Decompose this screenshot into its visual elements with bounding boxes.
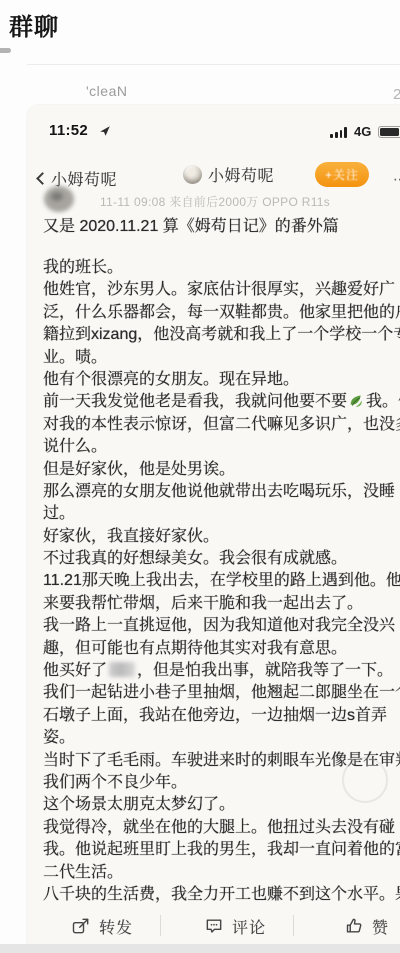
post-text-line: 籍拉到xizang，他没高考就和我上了一个学校一个专 xyxy=(43,324,400,346)
post-text-line: 好家伙，我直接好家伙。 xyxy=(43,526,400,548)
post-text-line: 说什么。 xyxy=(43,436,400,458)
post-text-line: 不过我真的好想绿美女。我会很有成就感。 xyxy=(43,548,400,570)
comment-button[interactable]: 评论 xyxy=(204,913,266,939)
more-menu-icon[interactable]: ⋯ xyxy=(393,171,400,188)
post-text-line: 但是好家伙，他是处男诶。 xyxy=(43,459,400,481)
post-meta: 11-11 09:08 来自前后2000万 OPPO R11s xyxy=(100,193,330,210)
post-text-line: 我们一起钻进小巷子里抽烟，他翘起二郎腿坐在一个 xyxy=(43,682,400,704)
leaf-emoji xyxy=(348,393,365,408)
follow-button[interactable]: +关注 xyxy=(315,162,369,187)
post-text-line: 我的班长。 xyxy=(43,257,400,279)
censored-blur xyxy=(109,662,135,677)
thumbs-up-icon xyxy=(344,916,364,936)
post-title: 又是 2020.11.21 算《姆苟日记》的番外篇 xyxy=(43,213,339,236)
post-text-line: 二代生活。 xyxy=(43,862,400,884)
profile-name: 小姆苟呢 xyxy=(208,163,274,186)
post-text-line: 业。啧。 xyxy=(43,347,400,369)
post-text-line: 过。 xyxy=(43,503,400,525)
toolbar-divider xyxy=(160,915,161,936)
forward-icon xyxy=(71,916,91,936)
toolbar-divider xyxy=(293,915,294,936)
post-text-line: 这个场景太朋克太梦幻了。 xyxy=(43,794,400,816)
post-text-line: 他有个很漂亮的女朋友。现在异地。 xyxy=(43,369,400,391)
signal-bars-icon xyxy=(330,127,348,138)
post-text-line: 泛，什么乐器都会，每一双鞋都贵。他家里把他的户 xyxy=(43,302,400,324)
sender-name: 'cleaN xyxy=(86,83,127,99)
post-text-line: 来要我帮忙带烟，后来干脆和我一起出去了。 xyxy=(43,593,400,615)
post-text-line: 那么漂亮的女朋友他说他就带出去吃喝玩乐，没睡 xyxy=(43,481,400,503)
avatar[interactable] xyxy=(183,165,202,184)
post-text-line: 八千块的生活费，我全力开工也赚不到这个水平。果 xyxy=(43,884,400,906)
post-text-line: 石墩子上面，我站在他旁边，一边抽烟一边s首弄 xyxy=(43,705,400,727)
post-text-line: 他姓官，沙东男人。家底估计很厚实，兴趣爱好广 xyxy=(43,279,400,301)
corner-count: 2 xyxy=(393,86,400,103)
bottom-strip xyxy=(0,944,400,953)
post-body: 我的班长。他姓官，沙东男人。家底估计很厚实，兴趣爱好广泛，什么乐器都会，每一双鞋… xyxy=(43,257,400,906)
post-text-line: 趣，但可能也有点期待他其实对我有意思。 xyxy=(43,638,400,660)
chevron-left-icon xyxy=(36,172,49,185)
post-text-line: 对我的本性表示惊讶，但富二代嘛见多识广，也没多 xyxy=(43,414,400,436)
forward-label: 转发 xyxy=(99,915,133,938)
post-text-line: 我觉得冷，就坐在他的大腿上。他扭过头去没有碰 xyxy=(43,817,400,839)
comment-icon xyxy=(204,916,224,936)
post-avatar[interactable] xyxy=(44,186,74,212)
chat-screen: { "chat": { "title": "群聊", "sender": "'c… xyxy=(0,0,400,953)
profile-header[interactable]: 小姆苟呢 xyxy=(183,163,274,186)
status-time: 11:52 xyxy=(49,122,88,139)
like-button[interactable]: 赞 xyxy=(344,913,389,939)
screenshot-image[interactable]: 11:52 4G 小姆苟呢 小姆苟呢 +关注 ⋯ 11-11 09:08 来自前… xyxy=(27,105,400,944)
battery-icon xyxy=(378,126,400,138)
watermark-circle xyxy=(342,757,388,803)
forward-button[interactable]: 转发 xyxy=(71,913,133,939)
post-text-line: 11.21那天晚上我出去，在学校里的路上遇到他。他本 xyxy=(43,570,400,592)
chat-title: 群聊 xyxy=(9,7,59,42)
edge-artifact xyxy=(0,48,11,53)
post-text-line: 姿。 xyxy=(43,727,400,749)
network-type: 4G xyxy=(354,124,371,139)
post-text-line: 前一天我发觉他老是看我，我就问他要不要我。他 xyxy=(43,391,400,413)
post-text-line: 他买好了，但是怕我出事，就陪我等了一下。 xyxy=(43,660,400,682)
like-label: 赞 xyxy=(372,915,389,938)
comment-label: 评论 xyxy=(232,915,266,938)
post-text-line: 我一路上一直挑逗他，因为我知道他对我完全没兴 xyxy=(43,615,400,637)
follow-label: +关注 xyxy=(325,166,359,183)
divider xyxy=(27,64,400,65)
post-text-line: 我。他说起班里盯上我的男生，我却一直问着他的富 xyxy=(43,839,400,861)
location-arrow-icon xyxy=(99,125,111,137)
